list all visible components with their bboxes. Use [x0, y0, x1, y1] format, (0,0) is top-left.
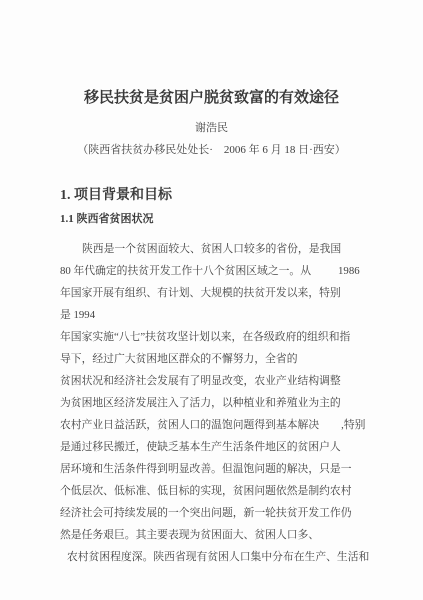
year-value: 1986: [338, 265, 360, 277]
body-line-tail: ,特别: [341, 419, 365, 431]
body-line: 贫困状况和经济社会发展有了明显改变，农业产业结构调整: [60, 370, 365, 392]
body-line: 年国家实施“八七”扶贫攻坚计划以来，在各级政府的组织和指: [60, 326, 365, 348]
subsection-heading: 1.1 陕西省贫困状况: [60, 213, 423, 225]
body-line-text: 80 年代确定的扶贫开发工作十八个贫困区域之一。从: [60, 265, 311, 277]
body-line: 个低层次、低标准、低目标的实现，贫困问题依然是制约农村: [60, 480, 365, 502]
author-name: 谢浩民: [0, 122, 423, 135]
body-line: 居环境和生活条件得到明显改善。但温饱问题的解决，只是一: [60, 458, 365, 480]
author-affiliation: （陕西省扶贫办移民处处长· 2006 年 6 月 18 日·西安）: [0, 143, 423, 157]
body-line: 陕西是一个贫困面较大、贫困人口较多的省份，是我国: [60, 238, 365, 260]
body-line: 农村贫困程度深。陕西省现有贫困人口集中分布在生产、生活和: [60, 546, 365, 568]
section-heading: 1. 项目背景和目标: [60, 188, 423, 203]
body-line: 80 年代确定的扶贫开发工作十八个贫困区域之一。从1986: [60, 260, 365, 282]
document-page: 移民扶贫是贫困户脱贫致富的有效途径 谢浩民 （陕西省扶贫办移民处处长· 2006…: [0, 0, 423, 600]
body-line: 然是任务艰巨。其主要表现为贫困面大、贫困人口多、: [60, 524, 365, 546]
body-line: 年国家开展有组织、有计划、大规模的扶贫开发以来，特别: [60, 282, 365, 304]
body-line: 为贫困地区经济发展注入了活力，以种植业和养殖业为主的: [60, 392, 365, 414]
body-line: 经济社会可持续发展的一个突出问题，新一轮扶贫开发工作仍: [60, 502, 365, 524]
body-line: 是 1994: [60, 304, 365, 326]
body-line-text: 农村产业日益活跃，贫困人口的温饱问题得到基本解决: [60, 419, 319, 431]
document-title: 移民扶贫是贫困户脱贫致富的有效途径: [0, 90, 423, 107]
body-line: 导下，经过广大贫困地区群众的不懈努力，全省的: [60, 348, 365, 370]
body-text: 陕西是一个贫困面较大、贫困人口较多的省份，是我国 80 年代确定的扶贫开发工作十…: [60, 238, 365, 568]
body-line: 是通过移民搬迁，使缺乏基本生产生活条件地区的贫困户人: [60, 436, 365, 458]
body-line: 农村产业日益活跃，贫困人口的温饱问题得到基本解决,特别: [60, 414, 365, 436]
